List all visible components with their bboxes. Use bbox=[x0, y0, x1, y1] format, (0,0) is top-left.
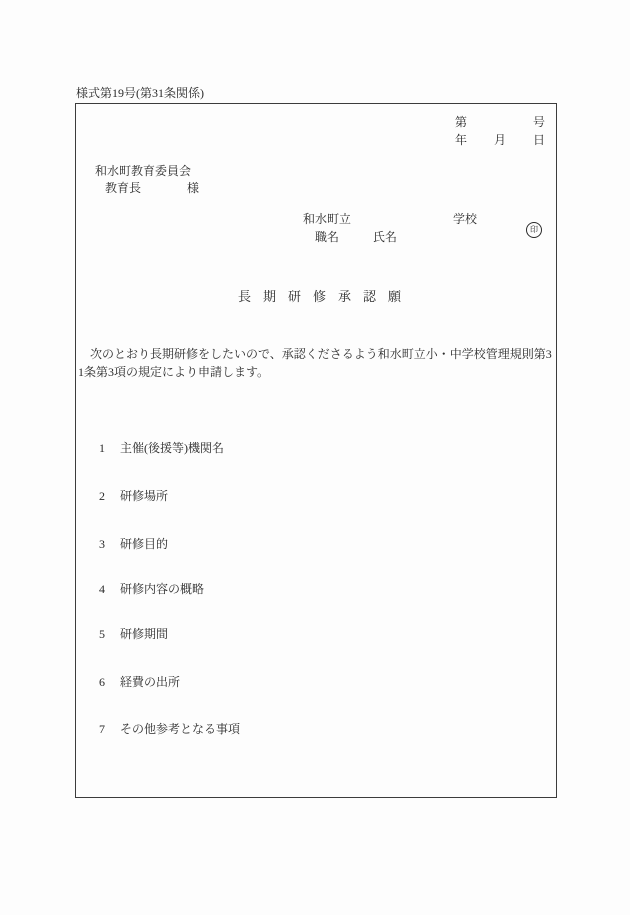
item-number: 5 bbox=[99, 627, 120, 642]
body-paragraph-line1: 次のとおり長期研修をしたいので、承認くださるよう和水町立小・中学校管理規則第3 bbox=[78, 345, 552, 362]
body-paragraph-line2: 1条第3項の規定により申請します。 bbox=[78, 363, 269, 380]
sender-school-suffix: 学校 bbox=[453, 210, 477, 227]
item-label: 研修内容の概略 bbox=[120, 582, 204, 596]
form-number-label: 様式第19号(第31条関係) bbox=[76, 84, 204, 101]
item-label: 経費の出所 bbox=[120, 675, 180, 689]
sender-name-label: 氏名 bbox=[373, 228, 397, 245]
form-item: 7その他参考となる事項 bbox=[87, 705, 240, 752]
seal-icon: 印 bbox=[526, 222, 542, 238]
item-number: 7 bbox=[99, 722, 120, 737]
item-number: 2 bbox=[99, 489, 120, 504]
doc-number-prefix: 第 bbox=[455, 113, 467, 130]
document-page: 様式第19号(第31条関係) 第 号 年 月 日 和水町教育委員会 教育長 様 … bbox=[0, 0, 630, 915]
form-item: 6経費の出所 bbox=[87, 658, 180, 705]
item-number: 3 bbox=[99, 537, 120, 552]
sender-school-prefix: 和水町立 bbox=[303, 210, 351, 227]
item-label: 主催(後援等)機関名 bbox=[120, 441, 224, 455]
addressee-honorific: 様 bbox=[187, 179, 199, 196]
date-year-label: 年 bbox=[455, 131, 467, 148]
addressee-title: 教育長 bbox=[105, 179, 141, 196]
addressee-organization: 和水町教育委員会 bbox=[95, 162, 191, 179]
form-item: 1主催(後援等)機関名 bbox=[87, 424, 224, 471]
form-item: 2研修場所 bbox=[87, 472, 168, 519]
item-number: 6 bbox=[99, 675, 120, 690]
item-label: 研修場所 bbox=[120, 489, 168, 503]
form-item: 4研修内容の概略 bbox=[87, 565, 204, 612]
form-item: 3研修目的 bbox=[87, 520, 168, 567]
item-number: 1 bbox=[99, 441, 120, 456]
item-number: 4 bbox=[99, 582, 120, 597]
document-title: 長期研修承認願 bbox=[238, 286, 413, 305]
date-day-label: 日 bbox=[533, 131, 545, 148]
item-label: その他参考となる事項 bbox=[120, 722, 240, 736]
item-label: 研修目的 bbox=[120, 537, 168, 551]
doc-number-suffix: 号 bbox=[533, 113, 545, 130]
sender-position-label: 職名 bbox=[315, 228, 339, 245]
item-label: 研修期間 bbox=[120, 627, 168, 641]
form-item: 5研修期間 bbox=[87, 610, 168, 657]
date-month-label: 月 bbox=[494, 131, 506, 148]
